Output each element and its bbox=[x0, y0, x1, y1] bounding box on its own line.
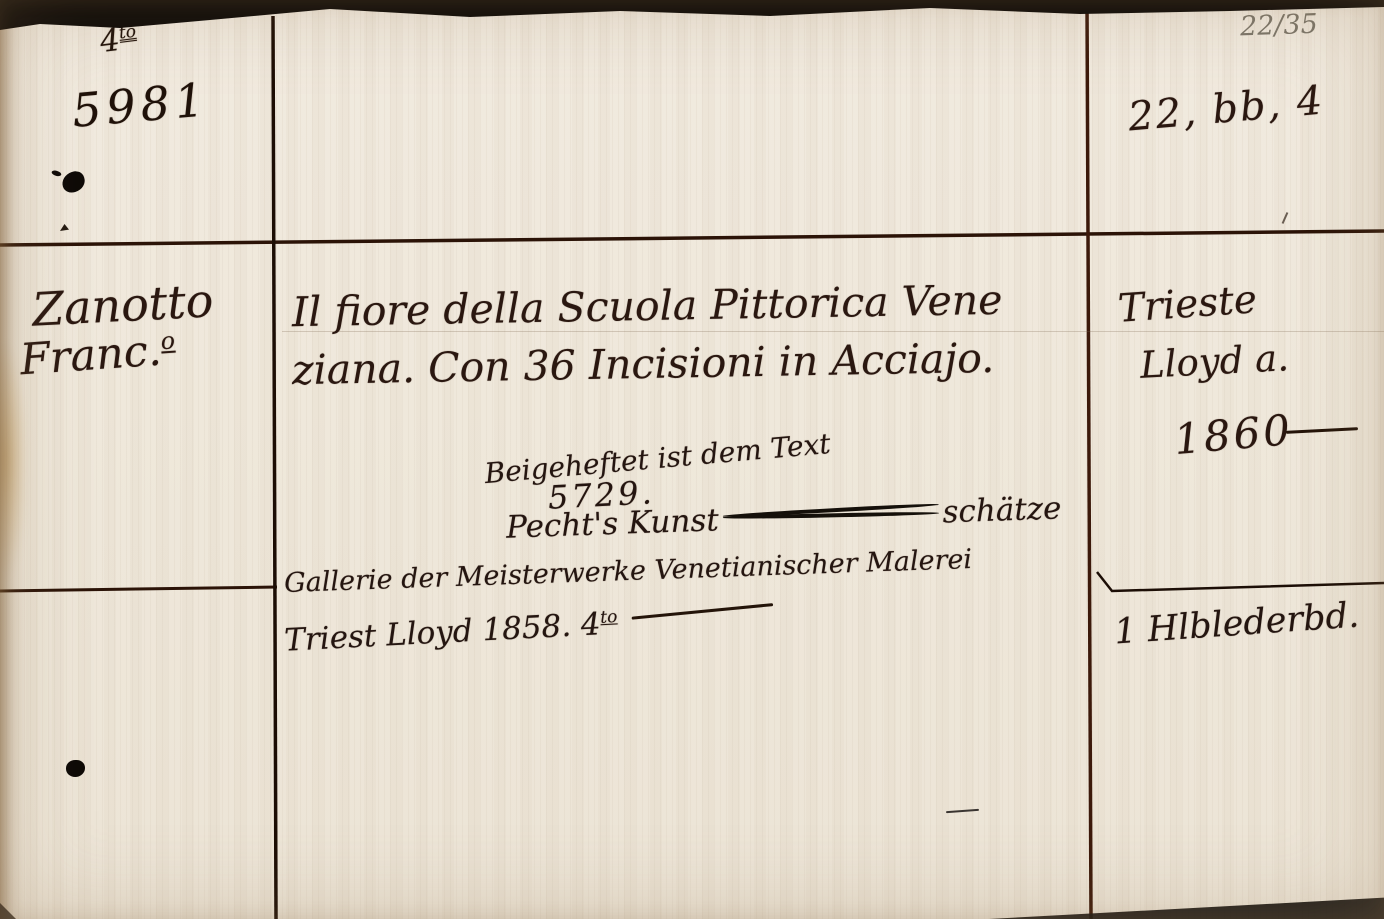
edition-dash-stroke bbox=[631, 603, 773, 620]
author-forename: Franc.o bbox=[18, 325, 177, 386]
imprint-place: Trieste bbox=[1117, 277, 1259, 332]
note-bound-with: Beigeheftet ist dem Text bbox=[483, 427, 832, 490]
stray-pen-dash bbox=[946, 809, 979, 813]
ink-speck bbox=[60, 224, 69, 231]
ink-dot bbox=[66, 760, 85, 777]
note-series: Gallerie der Meisterwerke Venetianischer… bbox=[284, 544, 973, 599]
imprint-publisher: Lloyd a. bbox=[1139, 336, 1290, 387]
year-flourish-stroke bbox=[1286, 427, 1358, 434]
scan-edge-bottom-right bbox=[989, 893, 1384, 919]
title-line-2: ziana. Con 36 Incisioni in Acciajo. bbox=[292, 334, 995, 394]
scan-edge-bottom-left bbox=[0, 903, 16, 919]
imprint-year: 1860 bbox=[1172, 405, 1295, 464]
left-edge-shadow bbox=[0, 0, 26, 919]
strikethrough-scribble bbox=[722, 505, 938, 524]
scan-edge-top bbox=[0, 0, 1384, 42]
accession-number: 5981 bbox=[70, 72, 211, 138]
corner-pencil-number: 22/35 bbox=[1239, 9, 1318, 43]
catalog-card: 22/35 4to 5981 22, bb, 4 Zanotto Franc.o… bbox=[0, 0, 1384, 919]
shelf-mark: 22, bb, 4 bbox=[1126, 78, 1326, 141]
hand-drawn-rule bbox=[1097, 572, 1384, 591]
ink-blot bbox=[59, 169, 87, 195]
binding-note: 1 Hlblederbd. bbox=[1113, 595, 1360, 652]
stray-pen-tick bbox=[1282, 212, 1289, 224]
title-line-1: Il fiore della Scuola Pittorica Vene bbox=[292, 276, 1003, 336]
note-edition: Triest Lloyd 1858. 4to bbox=[283, 597, 774, 659]
